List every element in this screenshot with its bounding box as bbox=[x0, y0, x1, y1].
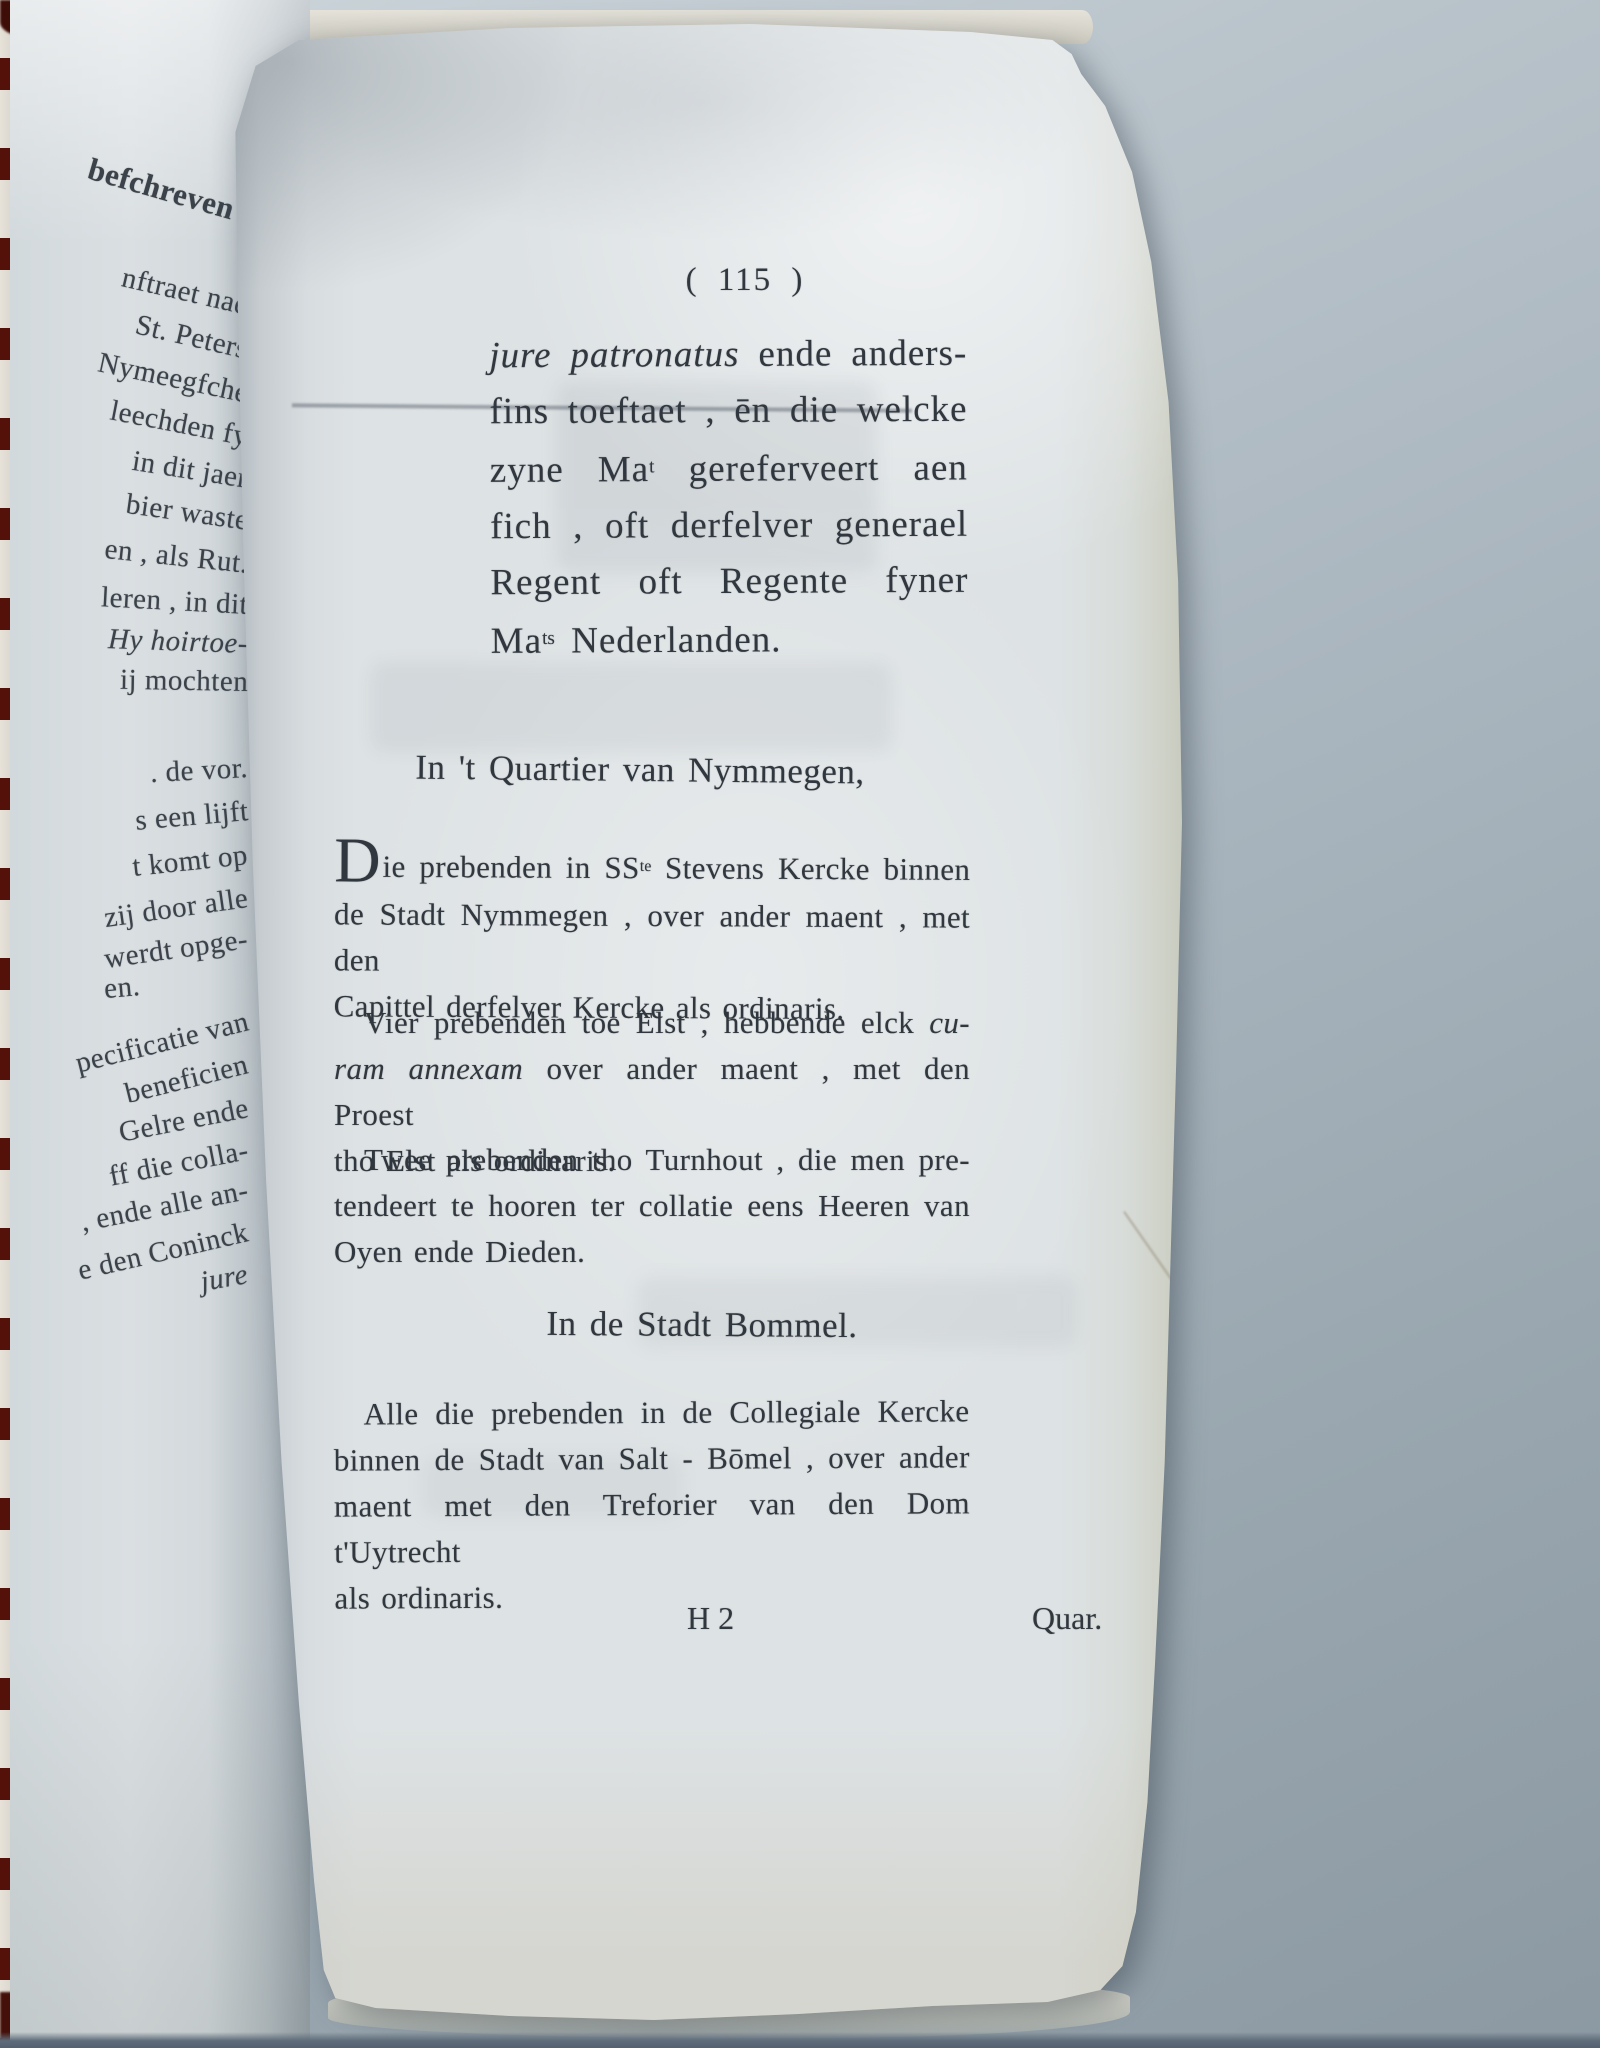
right-page-wrap: ( 115 ) jure patronatus ende anders- fin… bbox=[222, 22, 1182, 2022]
superscript: te bbox=[640, 858, 652, 875]
latin-phrase: cu- bbox=[929, 1005, 970, 1040]
latin-phrase: jure patronatus bbox=[489, 334, 739, 376]
foxing-spot bbox=[1090, 36, 1114, 54]
page-text: ( 115 ) jure patronatus ende anders- fin… bbox=[222, 22, 1182, 2022]
paragraph-turnhout: Twee prebenden tho Turnhout , die men pr… bbox=[334, 1137, 970, 1275]
drop-cap: D bbox=[334, 825, 383, 896]
catchword: Quar. bbox=[1032, 1600, 1102, 1637]
paragraph-salt-bomel: Alle die prebenden in de Collegiale Kerc… bbox=[333, 1388, 970, 1621]
section-heading-stadt-bommel: In de Stadt Bommel. bbox=[322, 1302, 1082, 1347]
opening-paragraph: jure patronatus ende anders- fins toefta… bbox=[489, 326, 969, 670]
latin-phrase: ram annexam bbox=[334, 1051, 523, 1086]
foxing-spot bbox=[1118, 66, 1130, 75]
superscript: ts bbox=[542, 628, 555, 649]
left-page-fragment: en. bbox=[103, 970, 142, 1006]
right-page: ( 115 ) jure patronatus ende anders- fin… bbox=[222, 22, 1182, 2022]
book-photo: befchreven nftraet nae St. Peters Nymeeg… bbox=[0, 0, 1600, 2048]
page-number: ( 115 ) bbox=[495, 262, 995, 299]
signature-mark: H 2 bbox=[687, 1600, 734, 1637]
section-heading-quartier-nymmegen: In 't Quartier van Nymmegen, bbox=[260, 746, 1020, 794]
left-page-fragment: befchreven bbox=[84, 151, 239, 227]
table-edge-shadow bbox=[0, 2032, 1600, 2048]
